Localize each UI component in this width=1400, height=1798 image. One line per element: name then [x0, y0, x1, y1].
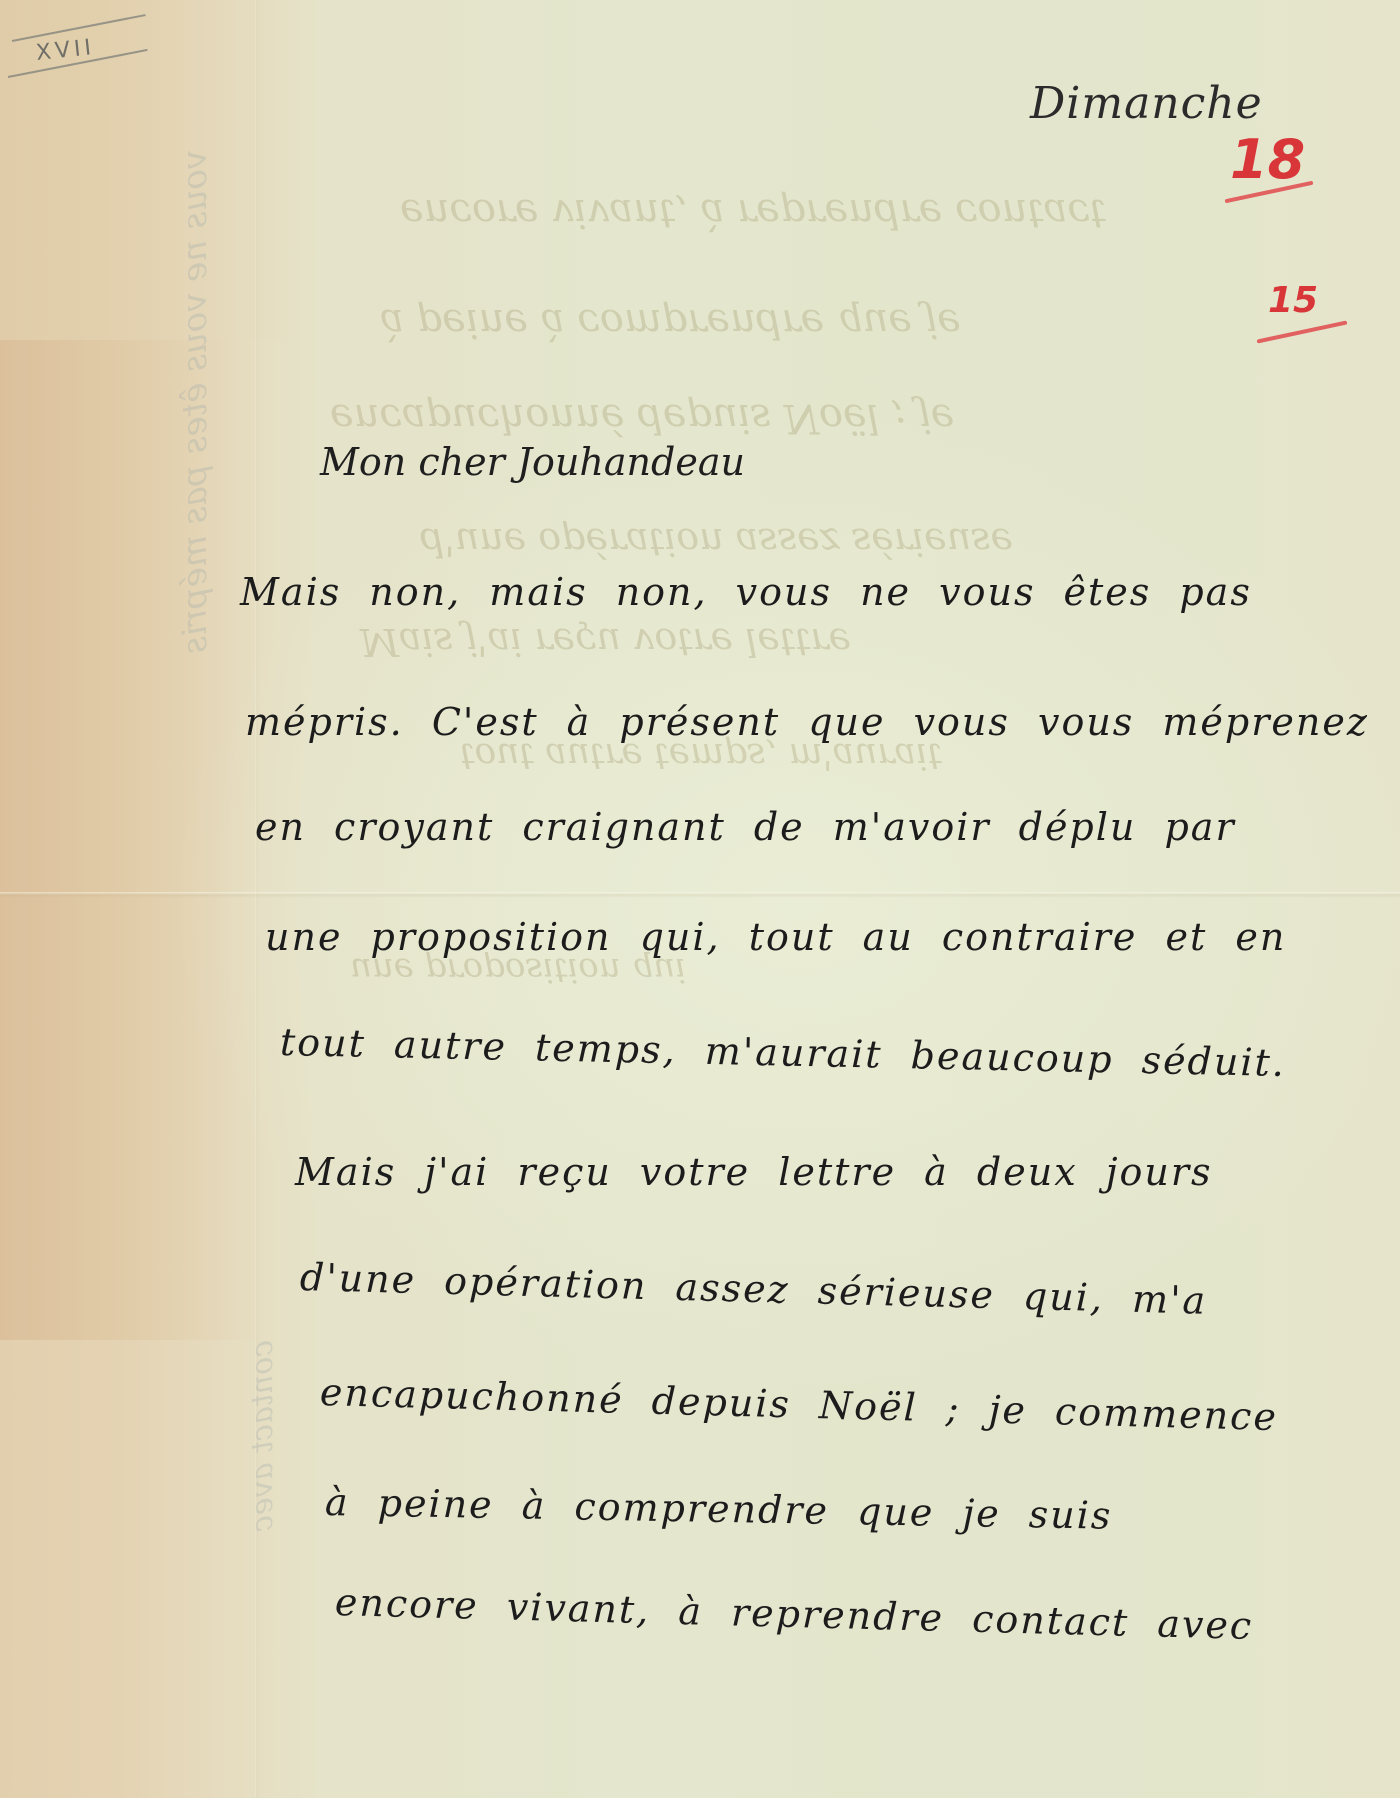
- bleed-through-text: Mais j'ai reçu votre lettre: [360, 620, 851, 664]
- letter-line-6: Mais j'ai reçu votre lettre à deux jours: [295, 1150, 1213, 1194]
- vertical-fold-crease: [255, 0, 259, 1798]
- bleed-through-text-vertical: contact avec: [245, 1340, 280, 1532]
- bleed-through-text: à peine à comprendre que je: [380, 300, 961, 346]
- folio-number-primary: 18: [1230, 128, 1305, 191]
- letter-line-4: une proposition qui, tout au contraire e…: [265, 915, 1286, 959]
- letter-date: Dimanche: [1030, 78, 1263, 129]
- folio-number-secondary: 15: [1268, 280, 1318, 321]
- letter-sheet: encore vivant, à reprendre contact à pei…: [0, 0, 1400, 1798]
- horizontal-fold-crease: [0, 892, 1400, 898]
- letter-salutation: Mon cher Jouhandeau: [320, 440, 745, 484]
- letter-line-8: encapuchonné depuis Noël ; je commence: [319, 1370, 1278, 1439]
- letter-line-9: à peine à comprendre que je suis: [325, 1480, 1113, 1538]
- letter-line-10: encore vivant, à reprendre contact avec: [334, 1580, 1253, 1648]
- letter-line-3: en croyant craignant de m'avoir déplu pa…: [255, 805, 1236, 849]
- letter-line-5: tout autre temps, m'aurait beaucoup sédu…: [280, 1020, 1287, 1085]
- letter-line-2: mépris. C'est à présent que vous vous mé…: [245, 700, 1369, 744]
- paper-stain-left: [0, 340, 260, 1340]
- bleed-through-text: encapuchonné depuis Noël ; je: [330, 395, 954, 441]
- bleed-through-text: d'une opération assez sérieuse: [420, 520, 1013, 564]
- archive-numeral-mark: XVII: [8, 16, 148, 72]
- letter-line-1: Mais non, mais non, vous ne vous êtes pa…: [240, 570, 1252, 614]
- folio-number-18: 18: [1230, 128, 1305, 191]
- red-underline: [1257, 320, 1348, 343]
- letter-line-7: d'une opération assez sérieuse qui, m'a: [299, 1255, 1207, 1323]
- bleed-through-text: encore vivant, à reprendre contact: [400, 190, 1106, 236]
- folio-number-15: 15: [1268, 280, 1318, 321]
